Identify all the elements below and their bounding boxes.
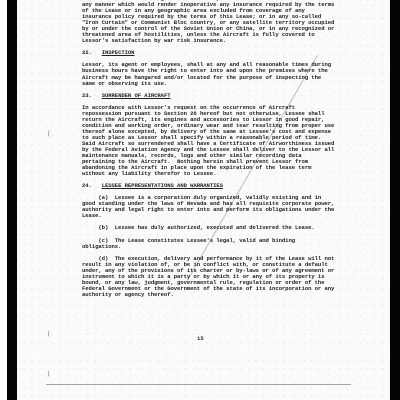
- section-title: LESSEE REPRESENTATIONS AND WARRANTIES: [102, 182, 223, 189]
- section-number: 23.: [82, 92, 92, 99]
- section-number: 22.: [82, 49, 92, 56]
- margin-mark: (: [47, 330, 51, 337]
- margin-mark: (: [47, 130, 51, 137]
- document-body: without insurance coverage or otherwise …: [82, 0, 338, 298]
- margin-mark: (: [47, 370, 51, 377]
- section-21-continuation: without insurance coverage or otherwise …: [82, 0, 338, 44]
- text-line: (b) Lessee has duly authorized, executed…: [82, 225, 338, 231]
- page-number: 15: [197, 335, 204, 342]
- warranty-item-c: (c) The Lease constitutes Lessee's legal…: [82, 238, 338, 250]
- section-22-body: Lessor, its agent or employees, shall at…: [82, 62, 338, 86]
- text-line: authority and legal right to enter into …: [82, 207, 338, 213]
- section-title: INSPECTION: [102, 49, 135, 56]
- scan-border-left: [7, 0, 17, 400]
- section-number: 24.: [82, 182, 92, 189]
- text-line: authority or agency thereof.: [82, 292, 338, 298]
- warranty-item-a: (a) Lessee is a corporation duly organiz…: [82, 195, 338, 219]
- section-title: SURRENDER OF AIRCRAFT: [102, 92, 171, 99]
- warranty-item-b: (b) Lessee has duly authorized, executed…: [82, 225, 338, 231]
- section-23-body: In accordance with Lessor's request on t…: [82, 105, 338, 178]
- bottom-rule: [46, 384, 351, 385]
- warranty-item-d: (d) The execution, delivery and performa…: [82, 256, 338, 298]
- scan-border-right: [390, 0, 400, 400]
